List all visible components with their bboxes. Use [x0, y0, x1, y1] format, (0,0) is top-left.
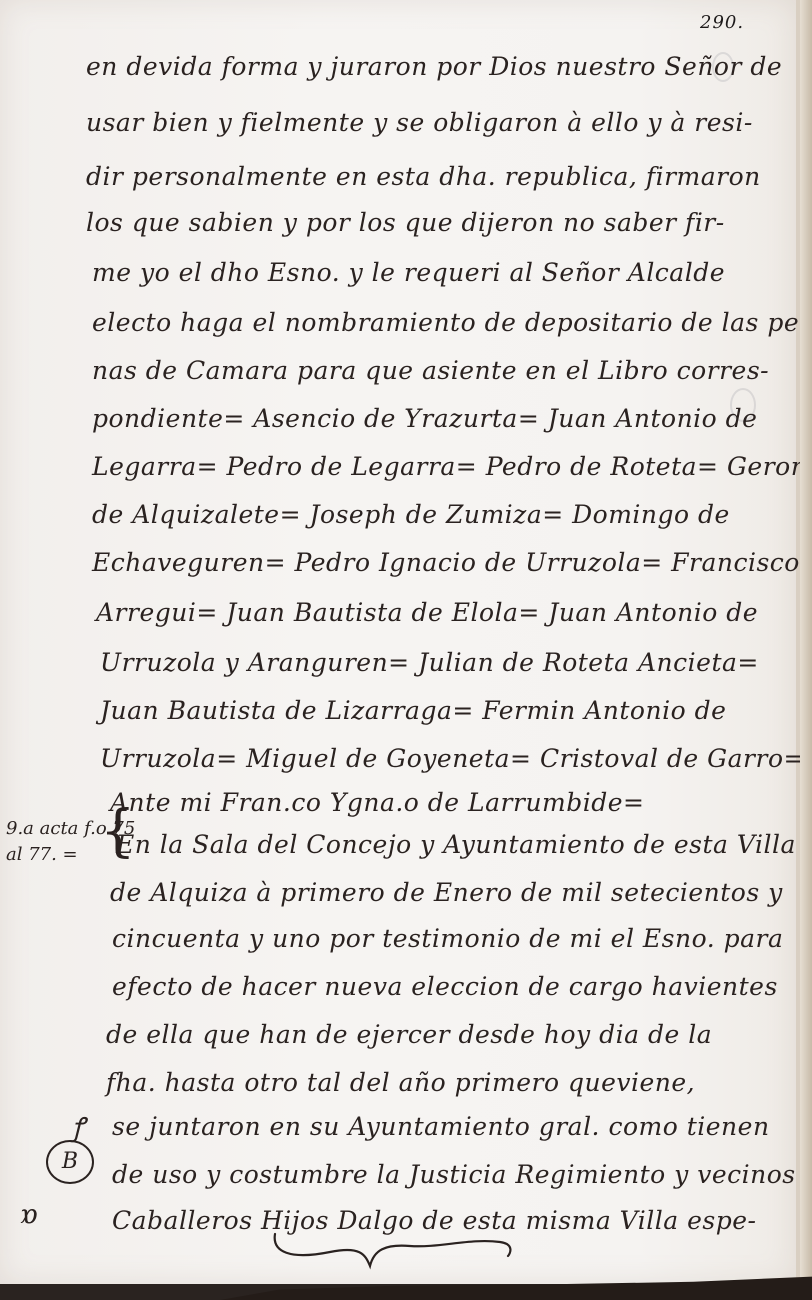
margin-symbol-icon: ꝭ: [72, 1108, 84, 1144]
closing-flourish-icon: [270, 1232, 520, 1272]
text-line-3: dir personalmente en esta dha. republica…: [86, 162, 761, 191]
text-line-24: de uso y costumbre la Justicia Regimient…: [112, 1160, 796, 1189]
text-line-9: Legarra= Pedro de Legarra= Pedro de Rote…: [92, 452, 812, 481]
text-line-5: me yo el dho Esno. y le requeri al Señor…: [92, 258, 725, 287]
circled-seal-icon: B: [46, 1140, 94, 1184]
text-line-12: Arregui= Juan Bautista de Elola= Juan An…: [96, 598, 758, 627]
text-line-4: los que sabien y por los que dijeron no …: [86, 208, 725, 237]
text-line-8: pondiente= Asencio de Yrazurta= Juan Ant…: [92, 404, 757, 433]
text-line-1: en devida forma y juraron por Dios nuest…: [86, 52, 782, 81]
folio-number: 290.: [700, 12, 744, 33]
text-line-10: de Alquizalete= Joseph de Zumiza= Doming…: [92, 500, 730, 529]
text-line-7: nas de Camara para que asiente en el Lib…: [92, 356, 769, 385]
text-line-13: Urruzola y Aranguren= Julian de Roteta A…: [100, 648, 759, 677]
lower-margin-mark-icon: ɒ: [20, 1200, 38, 1230]
text-line-18: de Alquiza à primero de Enero de mil set…: [110, 878, 783, 907]
text-line-23: se juntaron en su Ayuntamiento gral. com…: [112, 1112, 770, 1141]
text-line-21: de ella que han de ejercer desde hoy dia…: [106, 1020, 712, 1049]
text-line-20: efecto de hacer nueva eleccion de cargo …: [112, 972, 778, 1001]
text-line-25: Caballeros Hijos Dalgo de esta misma Vil…: [112, 1206, 757, 1235]
text-line-11: Echaveguren= Pedro Ignacio de Urruzola= …: [92, 548, 812, 577]
text-line-14: Juan Bautista de Lizarraga= Fermin Anton…: [100, 696, 726, 725]
page-edge: [800, 0, 812, 1300]
text-line-22: fha. hasta otro tal del año primero quev…: [106, 1068, 695, 1097]
manuscript-page: 290. en devida forma y juraron por Dios …: [0, 0, 806, 1284]
text-line-17: En la Sala del Concejo y Ayuntamiento de…: [116, 830, 796, 859]
text-line-2: usar bien y fielmente y se obligaron à e…: [86, 108, 753, 137]
text-line-16: Ante mi Fran.co Ygna.o de Larrumbide=: [110, 788, 645, 817]
text-line-6: electo haga el nombramiento de depositar…: [92, 308, 808, 337]
text-line-15: Urruzola= Miguel de Goyeneta= Cristoval …: [100, 744, 805, 773]
text-line-19: cincuenta y uno por testimonio de mi el …: [112, 924, 783, 953]
